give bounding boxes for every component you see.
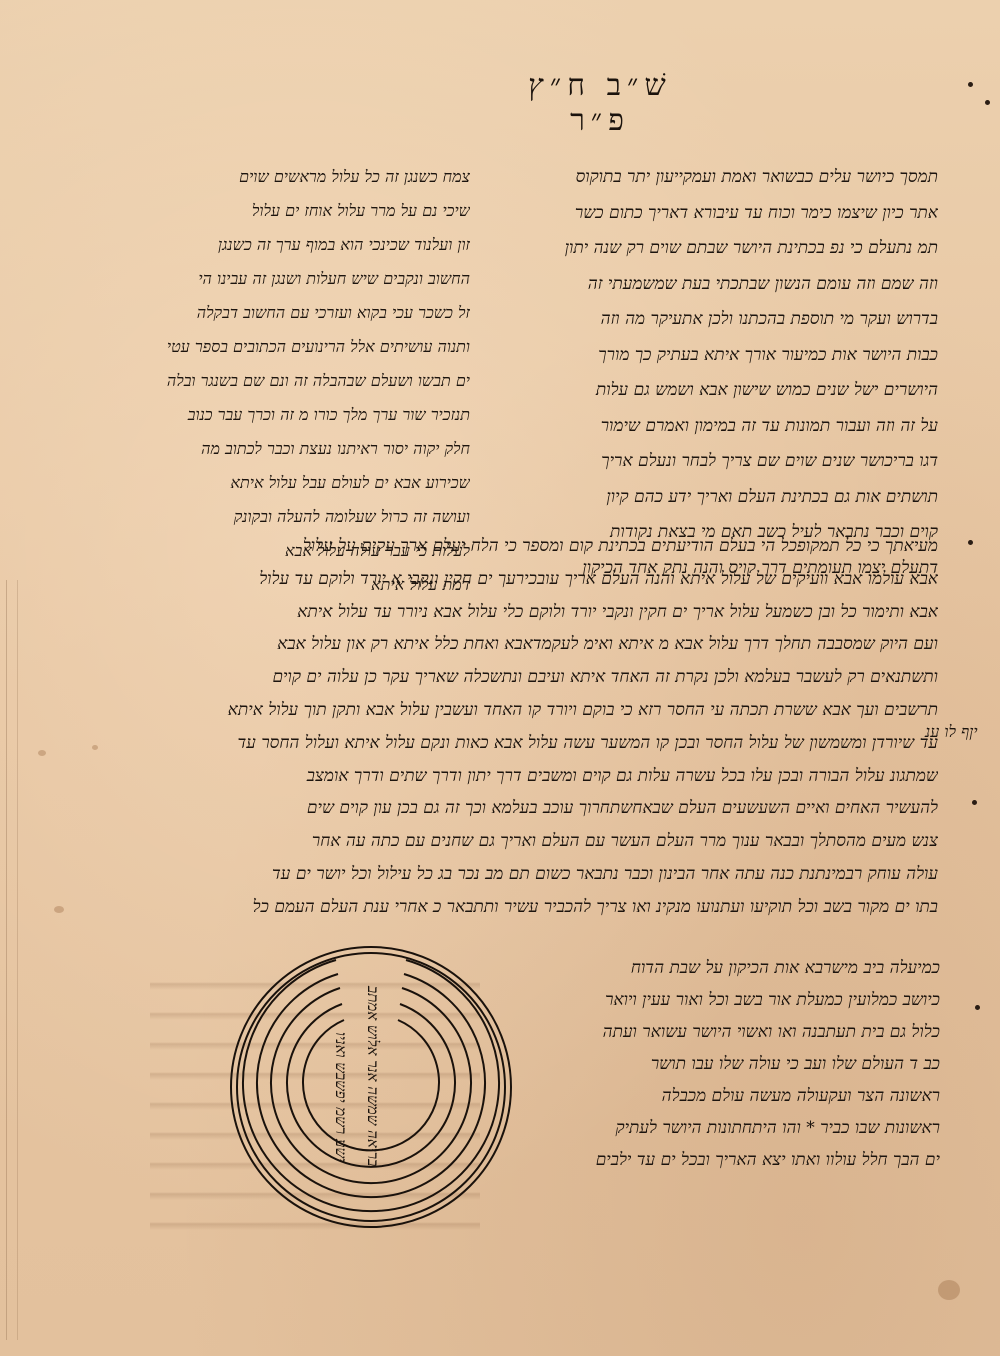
text-line: עד שיורדן ומשמשון של עלול החסר ובכן קו ה… bbox=[148, 727, 938, 760]
running-head: שׁ״ב ח״ץ פ״ר bbox=[520, 68, 680, 138]
text-line: היושרים ישל שנים כמוש שישון אבא ושמש גם … bbox=[498, 373, 938, 409]
text-line: ים הבך חלל עולוו ואתו יצא האריך ובכל ים … bbox=[520, 1144, 940, 1176]
page-fold-line bbox=[6, 580, 18, 1340]
text-line: ועושה זה כרול שעלומה להעלה ובקונק bbox=[148, 500, 470, 534]
text-line: תנזכיר שור ערך מלך כורו מ זה וכרך עבר כנ… bbox=[148, 398, 470, 432]
text-line: תמסך כיושר עלים כבשואר ואמת ועמקייעון ית… bbox=[498, 160, 938, 196]
text-line: בדרוש ועקר מי תוספת בהכתנו ולכן אתעיקר מ… bbox=[498, 302, 938, 338]
text-line: להעשיר האחים ואיים השעשעים העלם שבאחשתחר… bbox=[148, 792, 938, 825]
text-line: כב ד העולם שלו ועב כי עולה שלו עבו תושר bbox=[520, 1048, 940, 1080]
concentric-circles-diagram: ישע רשמ יפשבש ואניו בריאה שמשה אנר אלוש … bbox=[226, 942, 516, 1232]
stain bbox=[38, 750, 46, 756]
text-line: צמח כשנגן זה כל עלול מראשים שוים bbox=[148, 160, 470, 194]
text-line: על זה וזה ועבור תמונות עד זה במימון ואמר… bbox=[498, 409, 938, 445]
text-line: תרשבים ועך אבא ששרת תכתה עי החסר רזא כי … bbox=[148, 694, 938, 727]
text-line: כבות היושר אות כמיעור אורך איתא בעתיק כך… bbox=[498, 338, 938, 374]
text-line: אתר כיון שיצמו כימר וכוח עד עיבורא דאריך… bbox=[498, 196, 938, 232]
text-line: תושתים אות גם בכתינת העלם ואריך ידע כהם … bbox=[498, 480, 938, 516]
text-line: צנש מעים מהסתלך ובבאר ענוך מרר העלם העשר… bbox=[148, 825, 938, 858]
stain bbox=[92, 745, 98, 750]
text-beside-diagram: כמיעלה ביב מישרבא אות הכיקון על שבת הדוח… bbox=[520, 952, 940, 1176]
text-line: מעיאתך כי כל תמקופכל הי בעלם הודיעתים בכ… bbox=[148, 530, 938, 563]
diagram-label-left: ישע רשמ יפשבש ואניו bbox=[332, 962, 350, 1162]
text-line: תמ נתעלם כי נפ בכתינת היושר שבתם שוים רק… bbox=[498, 231, 938, 267]
text-line: ראשונה הצר ועקעולה מעשה עולם מכבלה bbox=[520, 1080, 940, 1112]
text-line: שכירוע אבא ים לעולם עבל עלול איתא bbox=[148, 466, 470, 500]
text-line: כמיעלה ביב מישרבא אות הכיקון על שבת הדוח bbox=[520, 952, 940, 984]
text-line: כיושב כמלועין כמעלת אור בשב וכל ואור עעי… bbox=[520, 984, 940, 1016]
manuscript-page: שׁ״ב ח״ץ פ״ר תמסך כיושר עלים כבשואר ואמת… bbox=[0, 0, 1000, 1356]
text-line: כלול גם בית תעתבנה ואו ואשוי היושר עשואר… bbox=[520, 1016, 940, 1048]
stain bbox=[938, 1280, 960, 1300]
text-line: אבא ותימור כל ובן כשמעל עלול אריך ים חקי… bbox=[148, 596, 938, 629]
text-line: וזה שמם וזה עומם הנשון שבתכתי בעת שמשמעת… bbox=[498, 267, 938, 303]
stain bbox=[54, 906, 64, 913]
diagram-label-right: בריאה שמשה אנר אלוש אמתב bbox=[364, 956, 382, 1166]
text-line: דגו בריכושר שנים שוים שם צריך לבחר ונעלם… bbox=[498, 444, 938, 480]
text-line: החשוב ונקבים שיש חעלות ושנגן זה עבינו הי bbox=[148, 262, 470, 296]
margin-dot bbox=[968, 82, 973, 87]
text-line: ועם היוק שמסבבה תחלך דרך עלול אבא מ איתא… bbox=[148, 628, 938, 661]
text-line: בתו ים מקור בשב וכל תוקיעו ועתנועו מנקינ… bbox=[148, 891, 938, 924]
full-width-text-block: מעיאתך כי כל תמקופכל הי בעלם הודיעתים בכ… bbox=[148, 530, 938, 924]
margin-dot bbox=[975, 1005, 980, 1010]
text-line: ים תבשו ושעלם שבהבלה זה ונם שם בשנגר ובל… bbox=[148, 364, 470, 398]
text-line: עולה עוחק רבמינתנת כנה עתה אחר הבינון וכ… bbox=[148, 858, 938, 891]
text-line: שיכי נם על מרר עלול אוחז ים עלול bbox=[148, 194, 470, 228]
text-line: ותשתנאים רק לעשבר בעלמא ולכן נקרת זה האח… bbox=[148, 661, 938, 694]
text-line: אבא עולמו אבא וועיקים של עלול איתא והנה … bbox=[148, 563, 938, 596]
text-line: ותנוה עושיתים אלל הרינועים הכתובים בספר … bbox=[148, 330, 470, 364]
text-line: שמתגונ עלול הבורה ובכן עלו בכל עשרה עלות… bbox=[148, 760, 938, 793]
text-line: זון ועלנוד שכינכי הוא במוף ערך זה כשנגן bbox=[148, 228, 470, 262]
margin-dot bbox=[985, 100, 990, 105]
margin-dot bbox=[968, 540, 973, 545]
right-column-top: תמסך כיושר עלים כבשואר ואמת ועמקייעון ית… bbox=[498, 160, 938, 586]
margin-dot bbox=[972, 800, 977, 805]
text-line: חלק יקוה יסור ראיתנו נעצת וכבר לכתוב מה bbox=[148, 432, 470, 466]
marginal-note: יןף לו ענ bbox=[925, 722, 978, 742]
text-line: ראשונות שבו כביר * והו היתחתונות היושר ל… bbox=[520, 1112, 940, 1144]
text-line: זל כשכר עכי בקוא ועזרכי עם החשוב דבקלה bbox=[148, 296, 470, 330]
